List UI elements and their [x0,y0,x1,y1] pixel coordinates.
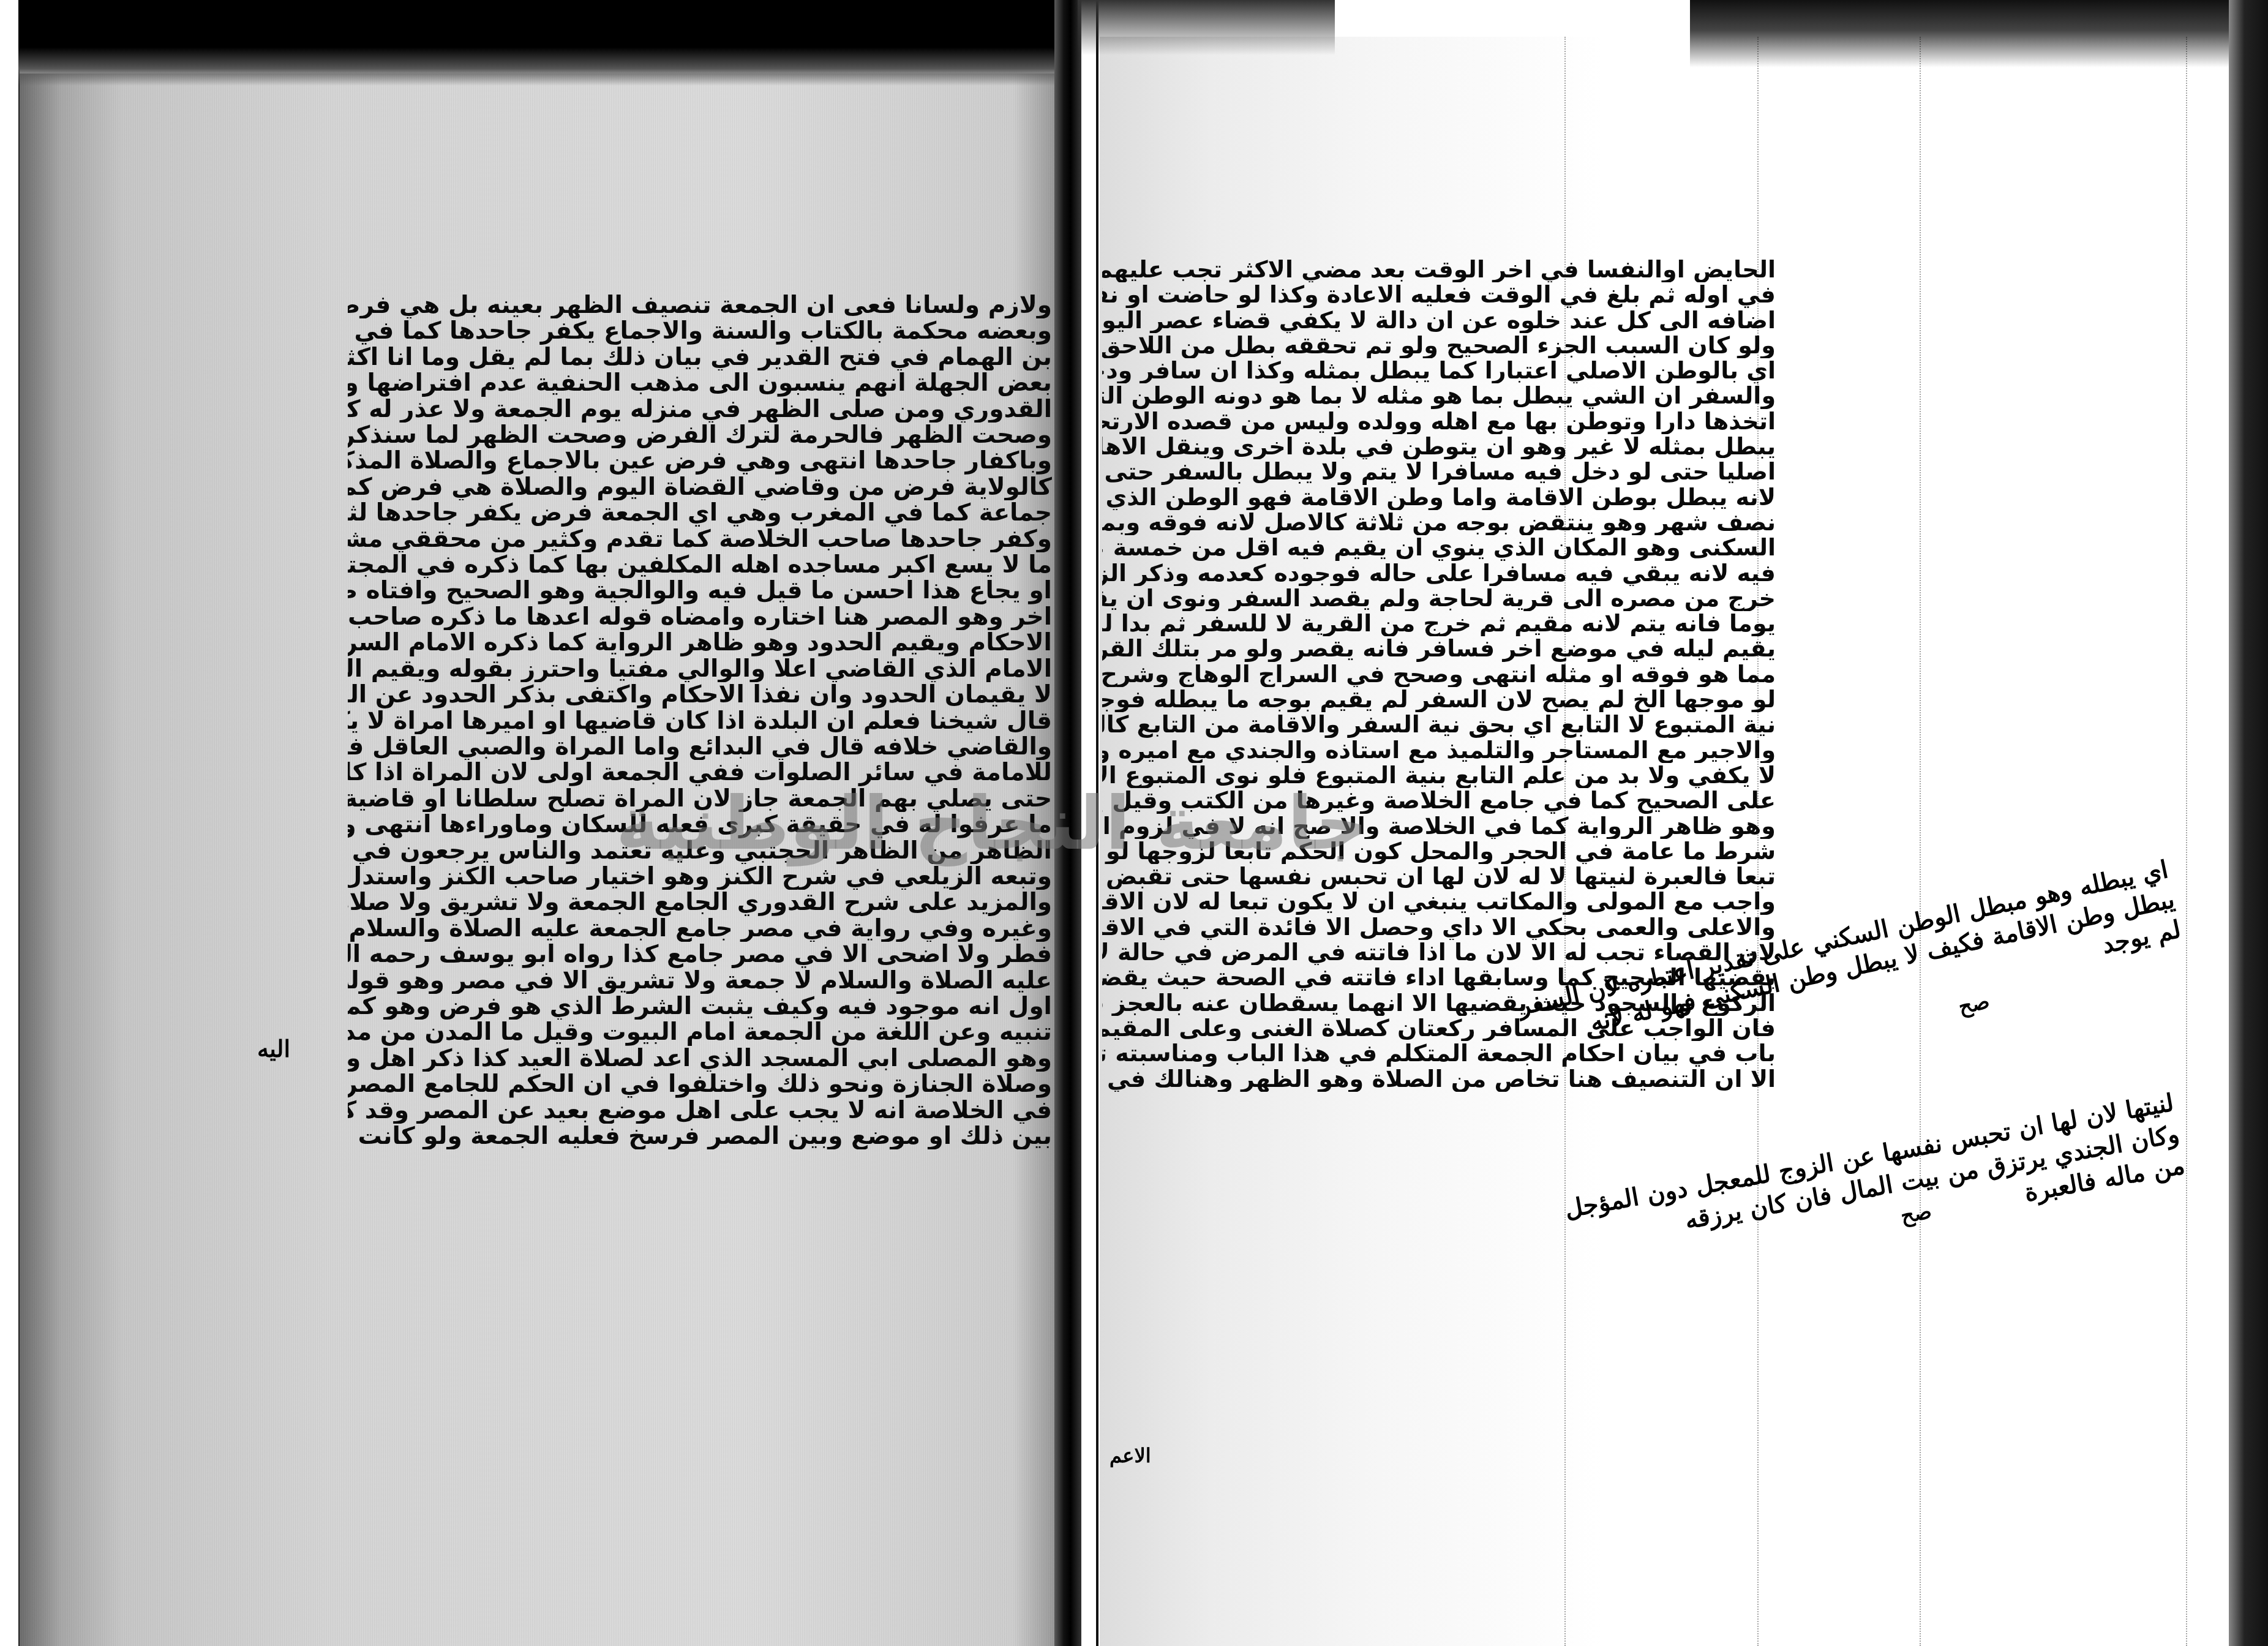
manuscript-line: وغيره وفي رواية في مصر جامع الجمعة عليه … [348,916,1052,942]
manuscript-line: عليه الصلاة والسلام لا جمعة ولا تشريق ال… [348,968,1052,994]
manuscript-line: كالولاية فرض من وقاضي القضاة اليوم والصل… [348,475,1052,500]
manuscript-line: وباكفار جاحدها انتهى وهي فرض عين بالاجما… [348,448,1052,474]
manuscript-line: والاجير مع المستاجر والتلميذ مع استاذه و… [1102,738,1776,763]
manuscript-line: الامام الذي القاضي اعلا والوالي مفتيا وا… [348,656,1052,682]
manuscript-line: والقاضي خلافه قال في البدائع واما المراة… [348,734,1052,760]
manuscript-line: ولازم ولسانا فعى ان الجمعة تنصيف الظهر ب… [348,293,1052,318]
manuscript-line: اصليا حتى لو دخل فيه مسافرا لا يتم ولا ي… [1102,459,1776,484]
manuscript-line: اضافه الى كل عند خلوه عن ان دالة لا يكفي… [1102,308,1776,333]
top-shadow-right [1690,0,2259,67]
manuscript-line: السكنى وهو المكان الذي ينوي ان يقيم فيه … [1102,535,1776,560]
manuscript-line: جماعة كما في المغرب وهي اي الجمعة فرض يك… [348,500,1052,526]
manuscript-line: في اوله ثم بلغ في الوقت فعليه الاعادة وك… [1102,282,1776,307]
manuscript-line: فطر ولا اضحى الا في مصر جامع كذا رواه اب… [348,942,1052,968]
manuscript-line: القدوري ومن صلى الظهر في منزله يوم الجمع… [348,397,1052,423]
manuscript-line: لانه يبطل بوطن الاقامة واما وطن الاقامة … [1102,485,1776,510]
manuscript-line: والسفر ان الشي يبطل بما هو مثله لا بما ه… [1102,383,1776,408]
manuscript-line: بين ذلك او موضع وبين المصر فرسخ فعليه ال… [348,1124,1052,1149]
manuscript-line: لو موجها الخ لم يصح لان السفر لم يقيم بو… [1102,687,1776,712]
top-shadow-mid [1078,0,1335,55]
manuscript-line: والاعلى والعمى بحكي الا داي وحصل الا فائ… [1102,915,1776,940]
manuscript-line: يبطل بمثله لا غير وهو ان يتوطن في بلدة ا… [1102,434,1776,459]
manuscript-line: وصحت الظهر فالحرمة لترك الفرض وصحت الظهر… [348,423,1052,448]
manuscript-line: وكفر جاحدها صاحب الخلاصة كما تقدم وكثير … [348,527,1052,552]
manuscript-line: او يجاع هذا احسن ما قيل فيه والوالجية وه… [348,578,1052,604]
manuscript-line: وهو المصلى ابي المسجد الذي اعد لصلاة الع… [348,1046,1052,1072]
manuscript-line: لا يقيمان الحدود وان نفذا الاحكام واكتفى… [348,682,1052,708]
scan-left-border [0,0,20,1646]
manuscript-line: وبعضه محكمة بالكتاب والسنة والاجماع يكفر… [348,318,1052,344]
library-watermark: جامعة النجاح الوطنية [686,784,1298,863]
manuscript-line: وتبعه الزيلعي في شرح الكنز وهو اختيار صا… [348,864,1052,890]
manuscript-line: ولو كان السبب الجزء الصحيح ولو تم تحققه … [1102,333,1776,358]
manuscript-line: الحايض اوالنفسا في اخر الوقت بعد مضي الا… [1102,257,1776,282]
manuscript-line: نصف شهر وهو ينتقض بوجه من ثلاثة كالاصل ل… [1102,510,1776,535]
manuscript-line: الاحكام ويقيم الحدود وهو ظاهر الرواية كم… [348,630,1052,656]
manuscript-line: اخر وهو المصر هنا اختاره وامضاه قوله اعد… [348,604,1052,630]
manuscript-line: الا ان التنصيف هنا تخاص من الصلاة وهو ال… [1102,1067,1776,1092]
manuscript-line: اول انه موجود فيه وكيف يثبت الشرط الذي ه… [348,994,1052,1020]
margin-word: اليه [257,1035,290,1062]
manuscript-line: تبعا فالعبرة لنيتها لا له لان لها ان تحب… [1102,864,1776,889]
page-fold-line [1920,37,1921,1646]
manuscript-line: باب في بيان احكام الجمعة المتكلم في هذا … [1102,1041,1776,1066]
manuscript-line: مما هو فوقه او مثله انتهى وصحح في السراج… [1102,662,1776,687]
manuscript-line: يوما فانه يتم لانه مقيم ثم خرج من القرية… [1102,611,1776,636]
manuscript-line: ما لا يسع اكبر مساجده اهله المكلفين بها … [348,552,1052,578]
manuscript-line: يقيم ليله في موضع اخر فسافر فانه يقصر ول… [1102,636,1776,661]
manuscript-line: وصلاة الجنازة ونحو ذلك واختلفوا في ان ال… [348,1072,1052,1097]
manuscript-line: اتخذها دارا وتوطن بها مع اهله وولده وليس… [1102,409,1776,434]
manuscript-line: في الخلاصة انه لا يجب على اهل موضع بعيد … [348,1098,1052,1124]
manuscript-line: تنبيه وعن اللغة من الجمعة امام البيوت وق… [348,1020,1052,1045]
manuscript-line: نية المتبوع لا التابع اي بحق نية السفر و… [1102,712,1776,737]
manuscript-scan: ولازم ولسانا فعى ان الجمعة تنصيف الظهر ب… [0,0,2268,1646]
manuscript-line: واجب مع المولى والمكاتب ينبغي ان لا يكون… [1102,889,1776,914]
catchword: الاعم [1110,1444,1151,1467]
manuscript-line: بعض الجهلة انهم ينسبون الى مذهب الحنفية … [348,370,1052,396]
manuscript-line: اي بالوطن الاصلي اعتبارا كما يبطل بمثله … [1102,358,1776,383]
manuscript-line: خرج من مصره الى قرية لحاجة ولم يقصد السف… [1102,586,1776,611]
page-fold-line [2186,37,2187,1646]
top-shadow-left [18,0,1072,86]
left-page-text: ولازم ولسانا فعى ان الجمعة تنصيف الظهر ب… [348,293,1052,1149]
manuscript-line: فيه لانه يبقي فيه مسافرا على حاله فوجوده… [1102,561,1776,586]
manuscript-line: قال شيخنا فعلم ان البلدة اذا كان قاضيها … [348,708,1052,734]
manuscript-line: والمزيد على شرح القدوري الجامع الجمعة ول… [348,890,1052,915]
scan-right-border [2229,0,2268,1646]
left-margin-annotation: اليه [257,1035,290,1062]
manuscript-line: بن الهمام في فتح القدير في بيان ذلك بما … [348,345,1052,370]
